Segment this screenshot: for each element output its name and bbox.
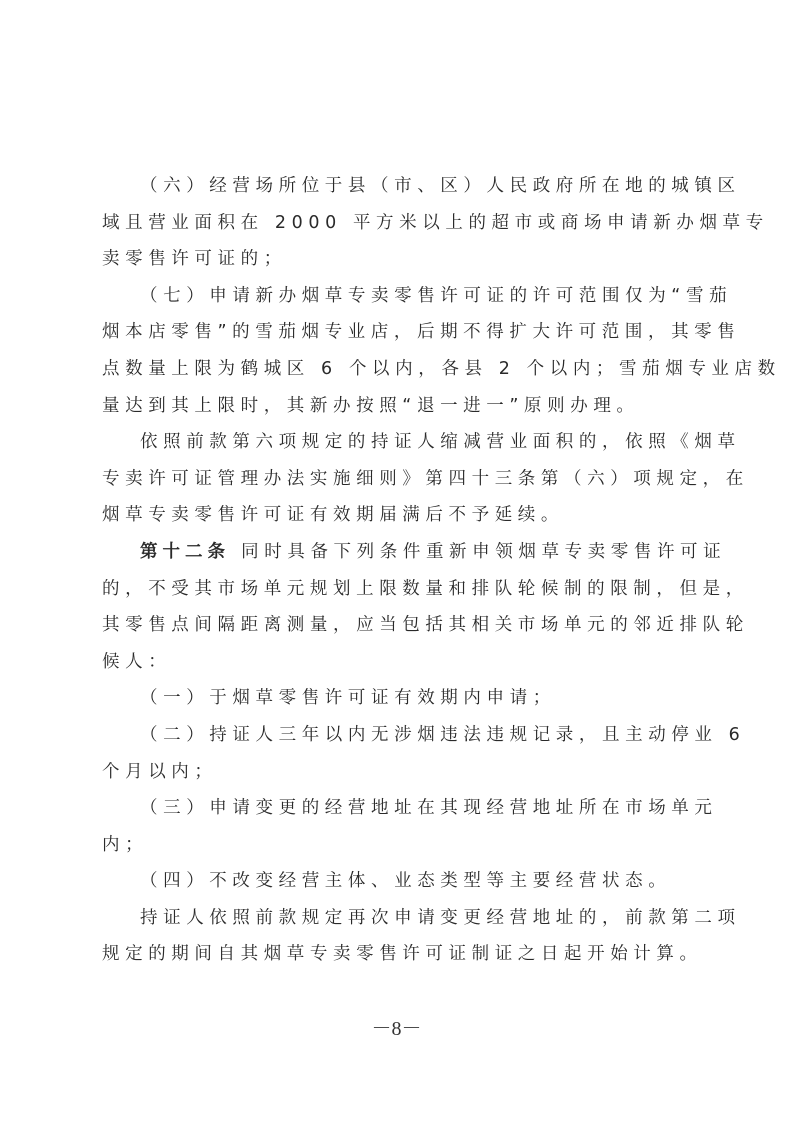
- paragraph-line: （六）经营场所位于县（市、区）人民政府所在地的城镇区: [102, 168, 664, 205]
- article-heading-line: 第十二条 同时具备下列条件重新申领烟草专卖零售许可证: [102, 534, 664, 571]
- page-number: －8－: [0, 1012, 793, 1041]
- paragraph-line: 持证人依照前款规定再次申请变更经营地址的，前款第二项: [102, 900, 664, 937]
- paragraph-line: 规定的期间自其烟草专卖零售许可证制证之日起开始计算。: [102, 936, 664, 973]
- article-number: 第十二条: [140, 542, 230, 562]
- list-item-line: （二）持证人三年以内无涉烟违法违规记录，且主动停业 6: [102, 717, 664, 754]
- paragraph-line: 烟草专卖零售许可证有效期届满后不予延续。: [102, 497, 664, 534]
- paragraph-line: 个月以内；: [102, 754, 664, 791]
- paragraph-line: 点数量上限为鹤城区 6 个以内，各县 2 个以内；雪茄烟专业店数: [102, 351, 664, 388]
- paragraph-line: 烟本店零售”的雪茄烟专业店，后期不得扩大许可范围，其零售: [102, 314, 664, 351]
- paragraph-line: 专卖许可证管理办法实施细则》第四十三条第（六）项规定，在: [102, 461, 664, 498]
- paragraph-line: 内；: [102, 827, 664, 864]
- list-item-line: （一）于烟草零售许可证有效期内申请；: [102, 680, 664, 717]
- paragraph-line: （七）申请新办烟草专卖零售许可证的许可范围仅为“雪茄: [102, 278, 664, 315]
- paragraph-line: 候人：: [102, 644, 664, 681]
- list-item-line: （三）申请变更的经营地址在其现经营地址所在市场单元: [102, 790, 664, 827]
- list-item-line: （四）不改变经营主体、业态类型等主要经营状态。: [102, 863, 664, 900]
- paragraph-line: 卖零售许可证的；: [102, 241, 664, 278]
- paragraph-line: 量达到其上限时，其新办按照“退一进一”原则办理。: [102, 388, 664, 425]
- paragraph-line: 依照前款第六项规定的持证人缩减营业面积的，依照《烟草: [102, 424, 664, 461]
- article-text: 同时具备下列条件重新申领烟草专卖零售许可证: [230, 542, 726, 562]
- paragraph-line: 域且营业面积在 2000 平方米以上的超市或商场申请新办烟草专: [102, 205, 664, 242]
- body-text: （六）经营场所位于县（市、区）人民政府所在地的城镇区 域且营业面积在 2000 …: [102, 168, 664, 973]
- document-page: （六）经营场所位于县（市、区）人民政府所在地的城镇区 域且营业面积在 2000 …: [0, 0, 793, 1122]
- paragraph-line: 的，不受其市场单元规划上限数量和排队轮候制的限制，但是，: [102, 571, 664, 608]
- paragraph-line: 其零售点间隔距离测量，应当包括其相关市场单元的邻近排队轮: [102, 607, 664, 644]
